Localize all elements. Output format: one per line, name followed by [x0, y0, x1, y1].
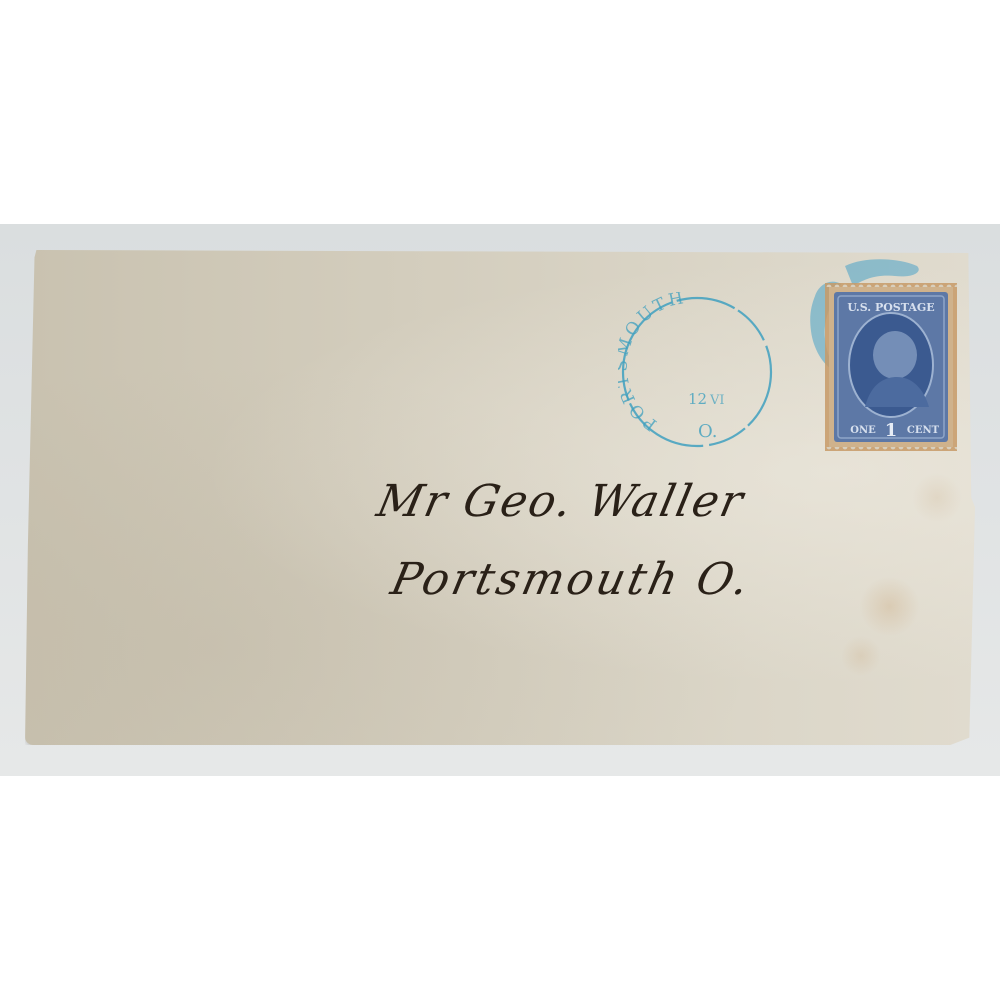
recipient-town: Portsmouth O.: [387, 554, 756, 605]
postmark: PORTSMOUTH 12 VI O.: [618, 292, 776, 452]
svg-text:CENT: CENT: [907, 425, 940, 436]
svg-text:ONE: ONE: [850, 425, 876, 436]
svg-text:U.S. POSTAGE: U.S. POSTAGE: [847, 301, 934, 314]
svg-text:VI: VI: [709, 393, 725, 408]
postage-stamp: U.S. POSTAGE ONE CENT 1: [825, 283, 957, 451]
recipient-name: Mr Geo. Waller: [373, 476, 750, 527]
svg-text:12: 12: [688, 390, 707, 408]
svg-text:PORTSMOUTH: PORTSMOUTH: [618, 292, 688, 434]
recipient-address: Mr Geo. Waller Portsmouth O.: [370, 472, 830, 622]
svg-text:O.: O.: [698, 421, 717, 442]
svg-text:1: 1: [885, 420, 898, 441]
